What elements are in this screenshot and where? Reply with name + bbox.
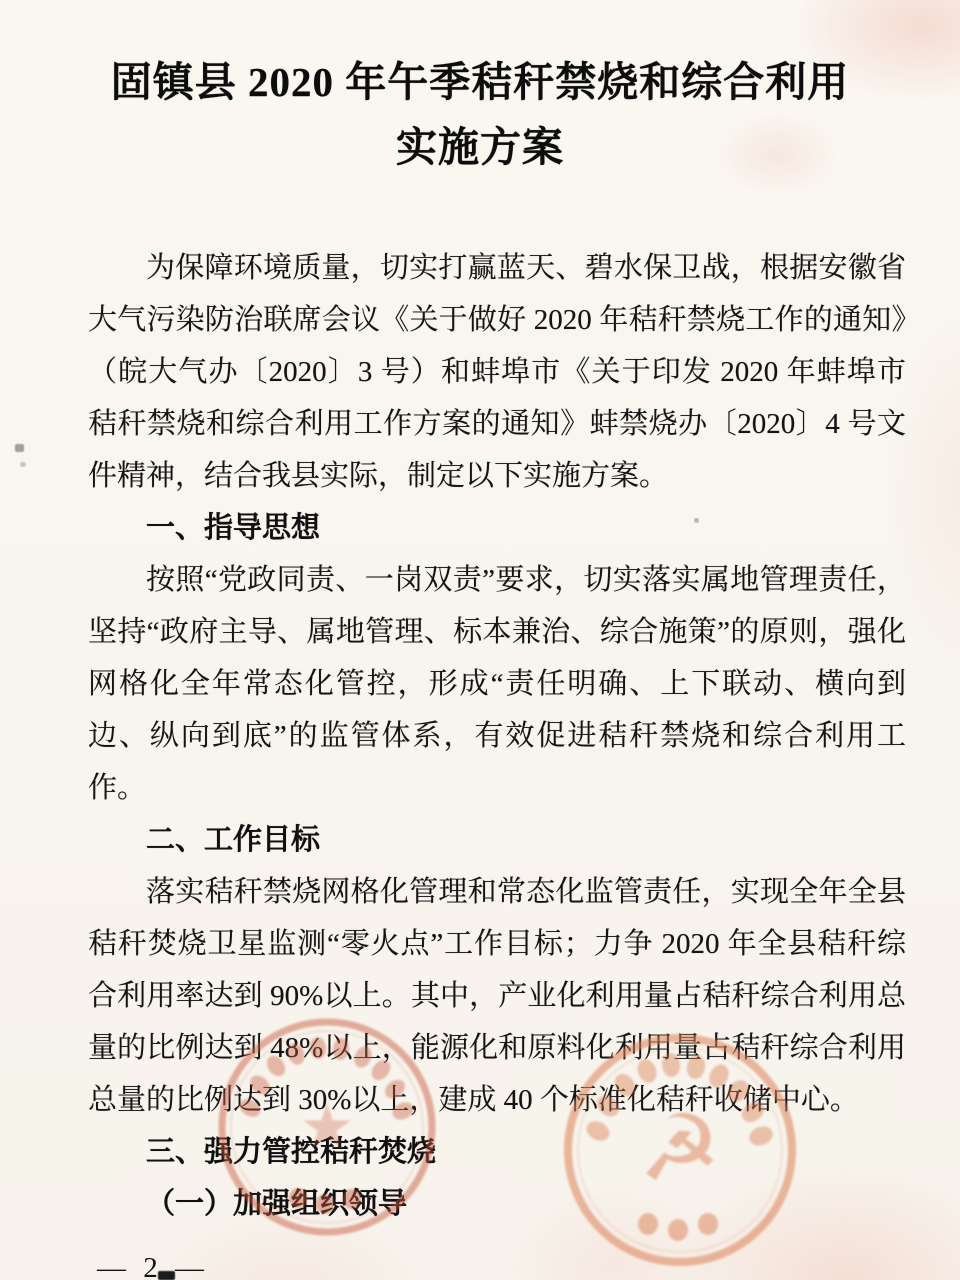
page-number: — 2 — — [97, 1252, 209, 1280]
section-heading-1: 一、指导思想 — [88, 502, 906, 554]
paragraph-guiding-thought: 按照“党政同责、一岗双责”要求，切实落实属地管理责任，坚持“政府主导、属地管理、… — [88, 554, 906, 814]
paragraph-work-targets: 落实秸秆禁烧网格化管理和常态化监管责任，实现全年全县秸秆焚烧卫星监测“零火点”工… — [88, 866, 906, 1126]
document-body: 为保障环境质量，切实打赢蓝天、碧水保卫战，根据安徽省大气污染防治联席会议《关于做… — [88, 242, 906, 1230]
scanned-document-page: 固镇县 2020 年午季秸秆禁烧和综合利用 实施方案 为保障环境质量，切实打赢蓝… — [0, 0, 960, 1280]
document-title-line1: 固镇县 2020 年午季秸秆禁烧和综合利用 — [111, 59, 850, 105]
section-heading-3: 三、强力管控秸秆焚烧 — [88, 1126, 906, 1178]
scan-speck — [15, 444, 24, 452]
paragraph-intro: 为保障环境质量，切实打赢蓝天、碧水保卫战，根据安徽省大气污染防治联席会议《关于做… — [88, 242, 906, 502]
document-title-line2: 实施方案 — [396, 124, 564, 170]
section-heading-2: 二、工作目标 — [88, 814, 906, 866]
document-title: 固镇县 2020 年午季秸秆禁烧和综合利用 实施方案 — [40, 50, 920, 180]
subsection-heading-3-1: （一）加强组织领导 — [88, 1178, 906, 1230]
scan-speck — [20, 462, 26, 467]
